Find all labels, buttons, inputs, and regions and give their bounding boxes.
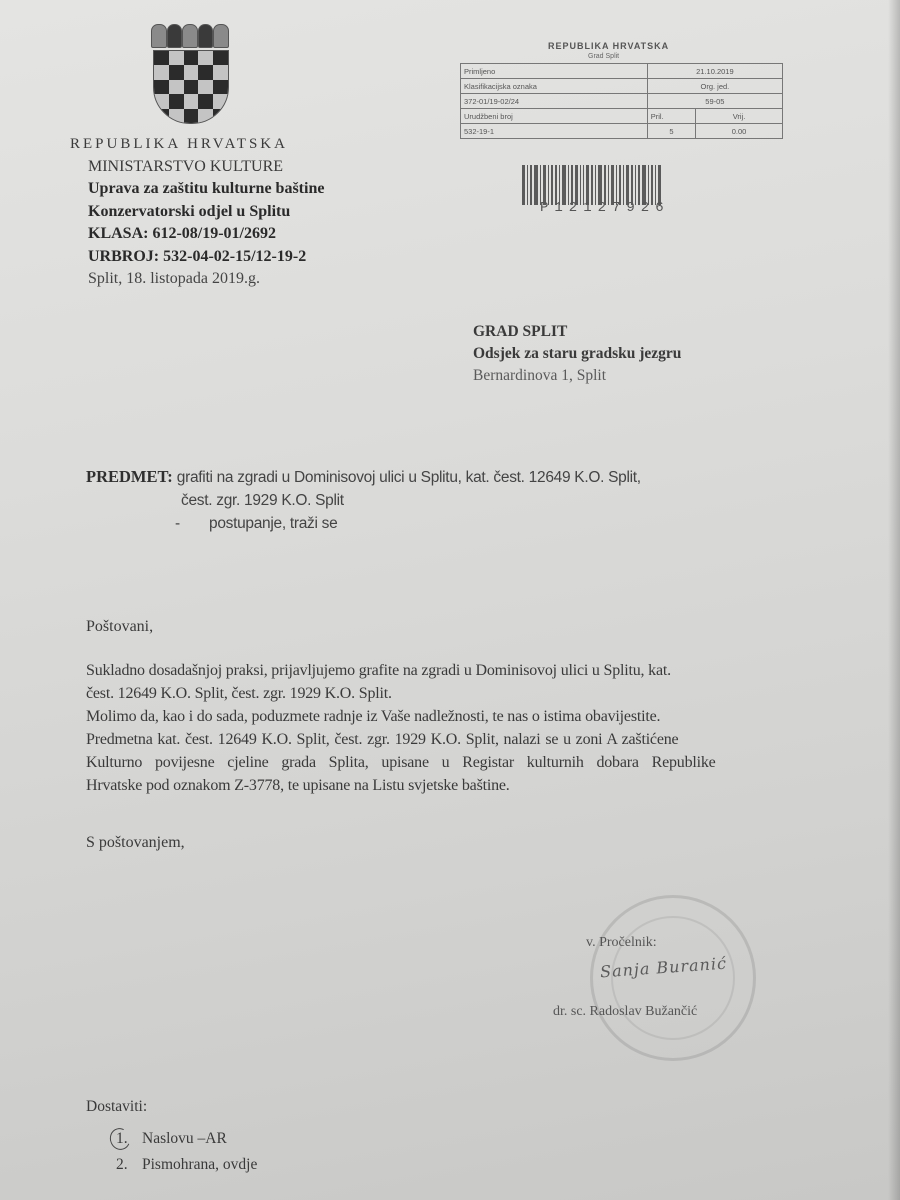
subject-line-3: postupanje, traži se xyxy=(209,515,337,532)
delivery-list: Dostaviti: 1.Naslovu –AR 2.Pismohrana, o… xyxy=(86,1094,257,1178)
delivery-item: 1.Naslovu –AR xyxy=(86,1126,257,1152)
subject-block: PREDMET: grafiti na zgradi u Dominisovoj… xyxy=(86,465,641,535)
subject-dash: - xyxy=(175,512,209,535)
barcode-icon xyxy=(522,165,690,205)
body-line: Hrvatske pod oznakom Z-3778, te upisane … xyxy=(86,774,796,797)
stamp-row: 372-01/19-02/24 59-05 xyxy=(461,94,783,109)
ministry-name: MINISTARSTVO KULTURE xyxy=(70,156,324,179)
delivery-item: 2.Pismohrana, ovdje xyxy=(86,1152,257,1178)
directorate-name: Uprava za zaštitu kulturne baštine xyxy=(70,178,324,201)
document-page: REPUBLIKA HRVATSKA MINISTARSTVO KULTURE … xyxy=(0,0,900,1200)
delivery-label: Dostaviti: xyxy=(86,1094,257,1120)
body-line: Sukladno dosadašnjoj praksi, prijavljuje… xyxy=(86,659,796,682)
receipt-stamp-table: Primljeno 21.10.2019 Klasifikacijska ozn… xyxy=(460,63,783,139)
urbroj-number: URBROJ: 532-04-02-15/12-19-2 xyxy=(70,246,324,269)
body-line: Kulturno povijesne cjeline grada Splita,… xyxy=(86,751,796,774)
closing: S poštovanjem, xyxy=(86,834,185,852)
body-line: Predmetna kat. čest. 12649 K.O. Split, č… xyxy=(86,728,796,751)
croatian-coat-of-arms-icon xyxy=(151,22,229,122)
recipient-address: Bernardinova 1, Split xyxy=(473,365,681,387)
stamp-row: Klasifikacijska oznaka Org. jed. xyxy=(461,79,783,94)
body-line: čest. 12649 K.O. Split, čest. zgr. 1929 … xyxy=(86,682,796,705)
stamp-row: Primljeno 21.10.2019 xyxy=(461,64,783,79)
receipt-stamp-title: REPUBLIKA HRVATSKA xyxy=(548,41,669,51)
klasa-number: KLASA: 612-08/19-01/2692 xyxy=(70,223,324,246)
country-name: REPUBLIKA HRVATSKA xyxy=(70,133,324,156)
letter-body: Sukladno dosadašnjoj praksi, prijavljuje… xyxy=(86,637,796,797)
sender-header: REPUBLIKA HRVATSKA MINISTARSTVO KULTURE … xyxy=(70,133,324,291)
receipt-stamp-subtitle: Grad Split xyxy=(588,53,619,60)
stamp-row: Urudžbeni broj Pril. Vrij. xyxy=(461,109,783,124)
subject-line-1: grafiti na zgradi u Dominisovoj ulici u … xyxy=(177,469,641,486)
barcode-number: P12127926 xyxy=(540,200,670,216)
signatory-name: dr. sc. Radoslav Bužančić xyxy=(553,1004,697,1020)
recipient-department: Odsjek za staru gradsku jezgru xyxy=(473,343,681,365)
subject-line-2: čest. zgr. 1929 K.O. Split xyxy=(86,489,641,512)
recipient-name: GRAD SPLIT xyxy=(473,321,681,343)
subject-label: PREDMET: xyxy=(86,467,173,486)
signatory-title: v. Pročelnik: xyxy=(586,935,657,951)
recipient-block: GRAD SPLIT Odsjek za staru gradsku jezgr… xyxy=(473,321,681,387)
body-line: Molimo da, kao i do sada, poduzmete radn… xyxy=(86,705,796,728)
department-name: Konzervatorski odjel u Splitu xyxy=(70,201,324,224)
stamp-row: 532-19-1 5 0.00 xyxy=(461,124,783,139)
greeting: Poštovani, xyxy=(86,618,153,636)
place-date: Split, 18. listopada 2019.g. xyxy=(70,268,324,291)
